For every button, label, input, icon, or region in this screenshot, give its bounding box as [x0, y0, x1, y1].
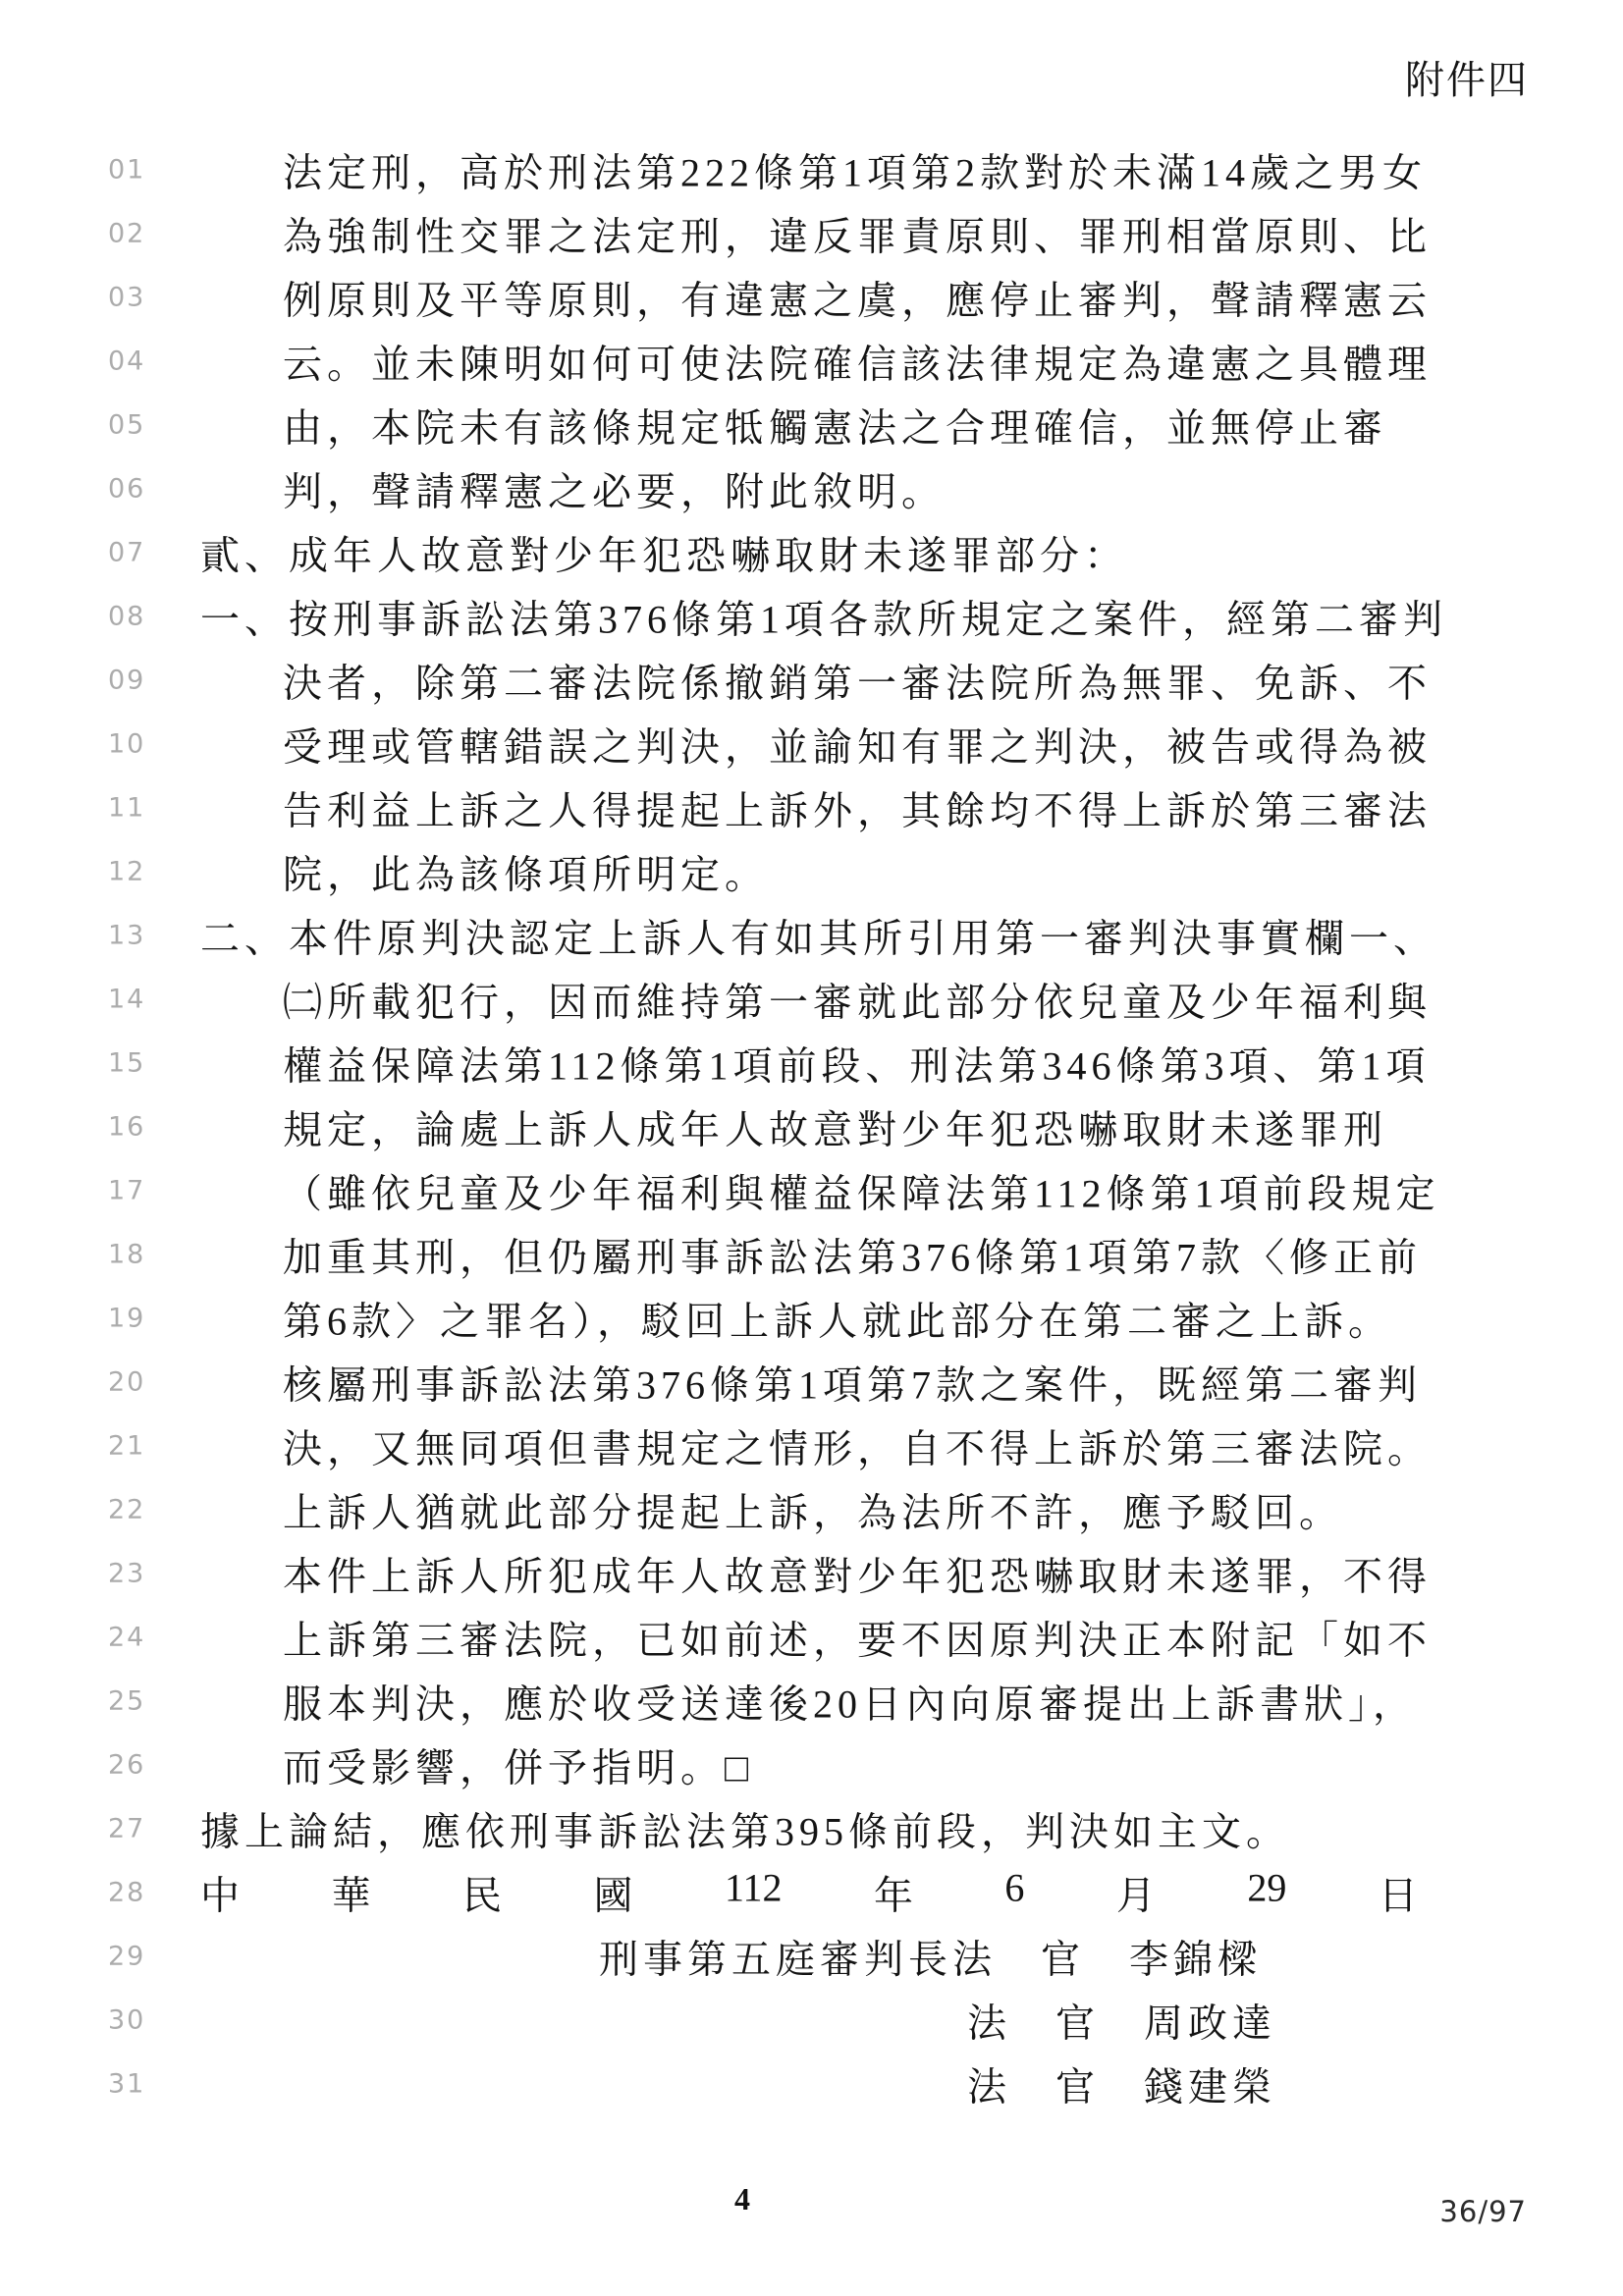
line-number: 20 [108, 1366, 145, 1397]
document-line: 11告利益上訴之人得提起上訴外，其餘均不得上訴於第三審法 [0, 775, 1623, 839]
line-text: （雖依兒童及少年福利與權益保障法第112條第1項前段規定 [283, 1162, 1440, 1218]
line-text: 法 官 錢建榮 [967, 2056, 1276, 2111]
line-text: 由，本院未有該條規定牴觸憲法之合理確信，並無停止審 [283, 397, 1387, 453]
line-number: 24 [108, 1622, 145, 1652]
line-text: 二、本件原判決認定上訴人有如其所引用第一審判決事實欄一、 [200, 907, 1437, 963]
document-line: 08一、按刑事訴訟法第376條第1項各款所規定之案件，經第二審判 [0, 584, 1623, 648]
line-number: 15 [108, 1047, 145, 1078]
line-number: 16 [108, 1111, 145, 1142]
document-line: 22上訴人猶就此部分提起上訴，為法所不許，應予駁回。 [0, 1477, 1623, 1541]
line-number: 04 [108, 346, 145, 376]
line-number: 19 [108, 1303, 145, 1333]
document-line: 16規定，論處上訴人成年人故意對少年犯恐嚇取財未遂罪刑 [0, 1095, 1623, 1158]
date-segment: 年 [874, 1864, 913, 1920]
line-number: 09 [108, 665, 145, 695]
document-body: 01法定刑，高於刑法第222條第1項第2款對於未滿14歲之男女02為強制性交罪之… [0, 137, 1623, 2115]
line-number: 06 [108, 473, 145, 504]
document-line: 25服本判決，應於收受送達後20日內向原審提出上訴書狀」， [0, 1669, 1623, 1733]
line-number: 14 [108, 984, 145, 1014]
line-text: 加重其刑，但仍屬刑事訴訟法第376條第1項第7款〈修正前 [283, 1226, 1422, 1282]
line-number: 05 [108, 409, 145, 440]
document-line: 05由，本院未有該條規定牴觸憲法之合理確信，並無停止審 [0, 393, 1623, 456]
line-text: 受理或管轄錯誤之判決，並諭知有罪之判決，被告或得為被 [283, 716, 1432, 772]
line-text: 據上論結，應依刑事訴訟法第395條前段，判決如主文。 [200, 1800, 1290, 1856]
document-line: 10受理或管轄錯誤之判決，並諭知有罪之判決，被告或得為被 [0, 712, 1623, 775]
document-line: 01法定刑，高於刑法第222條第1項第2款對於未滿14歲之男女 [0, 137, 1623, 201]
line-text: 而受影響，併予指明。□ [283, 1736, 753, 1792]
date-segment: 日 [1379, 1864, 1418, 1920]
date-segment: 民 [462, 1864, 502, 1920]
line-number: 22 [108, 1494, 145, 1524]
line-number: 28 [108, 1877, 145, 1907]
document-line: 07貳、成年人故意對少年犯恐嚇取財未遂罪部分： [0, 520, 1623, 584]
line-number: 13 [108, 920, 145, 950]
line-text: 上訴第三審法院，已如前述，要不因原判決正本附記「如不 [283, 1609, 1432, 1665]
document-line: 31法 官 錢建榮 [0, 2052, 1623, 2115]
line-number: 30 [108, 2004, 145, 2035]
line-text: 第6款〉之罪名），駁回上訴人就此部分在第二審之上訴。 [283, 1290, 1392, 1346]
document-line: 02為強制性交罪之法定刑，違反罪責原則、罪刑相當原則、比 [0, 201, 1623, 265]
document-line: 30法 官 周政達 [0, 1988, 1623, 2052]
line-number: 12 [108, 856, 145, 886]
line-text: 判，聲請釋憲之必要，附此敘明。 [283, 460, 946, 516]
line-number: 27 [108, 1813, 145, 1843]
document-line: 13二、本件原判決認定上訴人有如其所引用第一審判決事實欄一、 [0, 903, 1623, 967]
attachment-label: 附件四 [1405, 49, 1529, 105]
page-number: 4 [734, 2181, 750, 2217]
document-line: 29刑事第五庭審判長法 官 李錦樑 [0, 1924, 1623, 1988]
line-text: 貳、成年人故意對少年犯恐嚇取財未遂罪部分： [200, 524, 1128, 580]
line-number: 10 [108, 728, 145, 759]
line-text: 核屬刑事訴訟法第376條第1項第7款之案件，既經第二審判 [283, 1354, 1422, 1410]
line-number: 31 [108, 2068, 145, 2099]
line-text: 院，此為該條項所明定。 [283, 843, 769, 899]
line-text: 云。並未陳明如何可使法院確信該法律規定為違憲之具體理 [283, 333, 1432, 389]
line-number: 08 [108, 601, 145, 631]
document-line: 23本件上訴人所犯成年人故意對少年犯恐嚇取財未遂罪，不得 [0, 1541, 1623, 1605]
document-line: 17（雖依兒童及少年福利與權益保障法第112條第1項前段規定 [0, 1158, 1623, 1222]
line-number: 03 [108, 282, 145, 312]
line-number: 02 [108, 218, 145, 248]
line-number: 11 [108, 792, 145, 823]
document-line: 09決者，除第二審法院係撤銷第一審法院所為無罪、免訴、不 [0, 648, 1623, 712]
date-segment: 29 [1247, 1864, 1286, 1920]
date-segment: 國 [593, 1864, 632, 1920]
line-text: 本件上訴人所犯成年人故意對少年犯恐嚇取財未遂罪，不得 [283, 1545, 1432, 1601]
document-line: 20核屬刑事訴訟法第376條第1項第7款之案件，既經第二審判 [0, 1350, 1623, 1414]
line-text: 上訴人猶就此部分提起上訴，為法所不許，應予駁回。 [283, 1481, 1343, 1537]
document-line: 24上訴第三審法院，已如前述，要不因原判決正本附記「如不 [0, 1605, 1623, 1669]
line-text: 規定，論處上訴人成年人故意對少年犯恐嚇取財未遂罪刑 [283, 1098, 1387, 1154]
document-line: 15權益保障法第112條第1項前段、刑法第346條第3項、第1項 [0, 1031, 1623, 1095]
line-number: 18 [108, 1239, 145, 1269]
document-line: 18加重其刑，但仍屬刑事訴訟法第376條第1項第7款〈修正前 [0, 1222, 1623, 1286]
page-indicator: 36/97 [1439, 2195, 1527, 2228]
document-line: 14㈡所載犯行，因而維持第一審就此部分依兒童及少年福利與 [0, 967, 1623, 1031]
line-text: 一、按刑事訴訟法第376條第1項各款所規定之案件，經第二審判 [200, 588, 1447, 644]
line-number: 26 [108, 1749, 145, 1780]
document-line: 28中華民國112年6月29日 [0, 1860, 1623, 1924]
date-segment: 華 [331, 1864, 370, 1920]
document-line: 12院，此為該條項所明定。 [0, 839, 1623, 903]
document-line: 26而受影響，併予指明。□ [0, 1733, 1623, 1796]
line-text: 服本判決，應於收受送達後20日內向原審提出上訴書狀」， [283, 1673, 1417, 1729]
date-segment: 6 [1004, 1864, 1024, 1920]
line-text: 告利益上訴之人得提起上訴外，其餘均不得上訴於第三審法 [283, 779, 1432, 835]
line-text: 例原則及平等原則，有違憲之虞，應停止審判，聲請釋憲云 [283, 269, 1432, 325]
date-line: 中華民國112年6月29日 [200, 1864, 1418, 1920]
line-number: 25 [108, 1685, 145, 1716]
document-line: 04云。並未陳明如何可使法院確信該法律規定為違憲之具體理 [0, 329, 1623, 393]
document-line: 27據上論結，應依刑事訴訟法第395條前段，判決如主文。 [0, 1796, 1623, 1860]
line-number: 29 [108, 1941, 145, 1971]
line-text: 決者，除第二審法院係撤銷第一審法院所為無罪、免訴、不 [283, 652, 1432, 708]
line-text: ㈡所載犯行，因而維持第一審就此部分依兒童及少年福利與 [283, 971, 1432, 1027]
line-number: 17 [108, 1175, 145, 1205]
date-segment: 中 [200, 1864, 240, 1920]
date-segment: 112 [725, 1864, 783, 1920]
line-text: 權益保障法第112條第1項前段、刑法第346條第3項、第1項 [283, 1035, 1431, 1091]
line-number: 01 [108, 154, 145, 185]
document-line: 21決，又無同項但書規定之情形，自不得上訴於第三審法院。 [0, 1414, 1623, 1477]
document-page: 附件四 01法定刑，高於刑法第222條第1項第2款對於未滿14歲之男女02為強制… [0, 0, 1623, 2296]
line-text: 法定刑，高於刑法第222條第1項第2款對於未滿14歲之男女 [283, 141, 1427, 197]
line-number: 07 [108, 537, 145, 567]
document-line: 03例原則及平等原則，有違憲之虞，應停止審判，聲請釋憲云 [0, 265, 1623, 329]
date-segment: 月 [1116, 1864, 1156, 1920]
line-number: 21 [108, 1430, 145, 1461]
line-text: 法 官 周政達 [967, 1992, 1276, 2048]
document-line: 06判，聲請釋憲之必要，附此敘明。 [0, 456, 1623, 520]
line-text: 決，又無同項但書規定之情形，自不得上訴於第三審法院。 [283, 1417, 1432, 1473]
line-text: 為強制性交罪之法定刑，違反罪責原則、罪刑相當原則、比 [283, 205, 1432, 261]
line-number: 23 [108, 1558, 145, 1588]
line-text: 刑事第五庭審判長法 官 李錦樑 [599, 1928, 1262, 1984]
document-line: 19第6款〉之罪名），駁回上訴人就此部分在第二審之上訴。 [0, 1286, 1623, 1350]
